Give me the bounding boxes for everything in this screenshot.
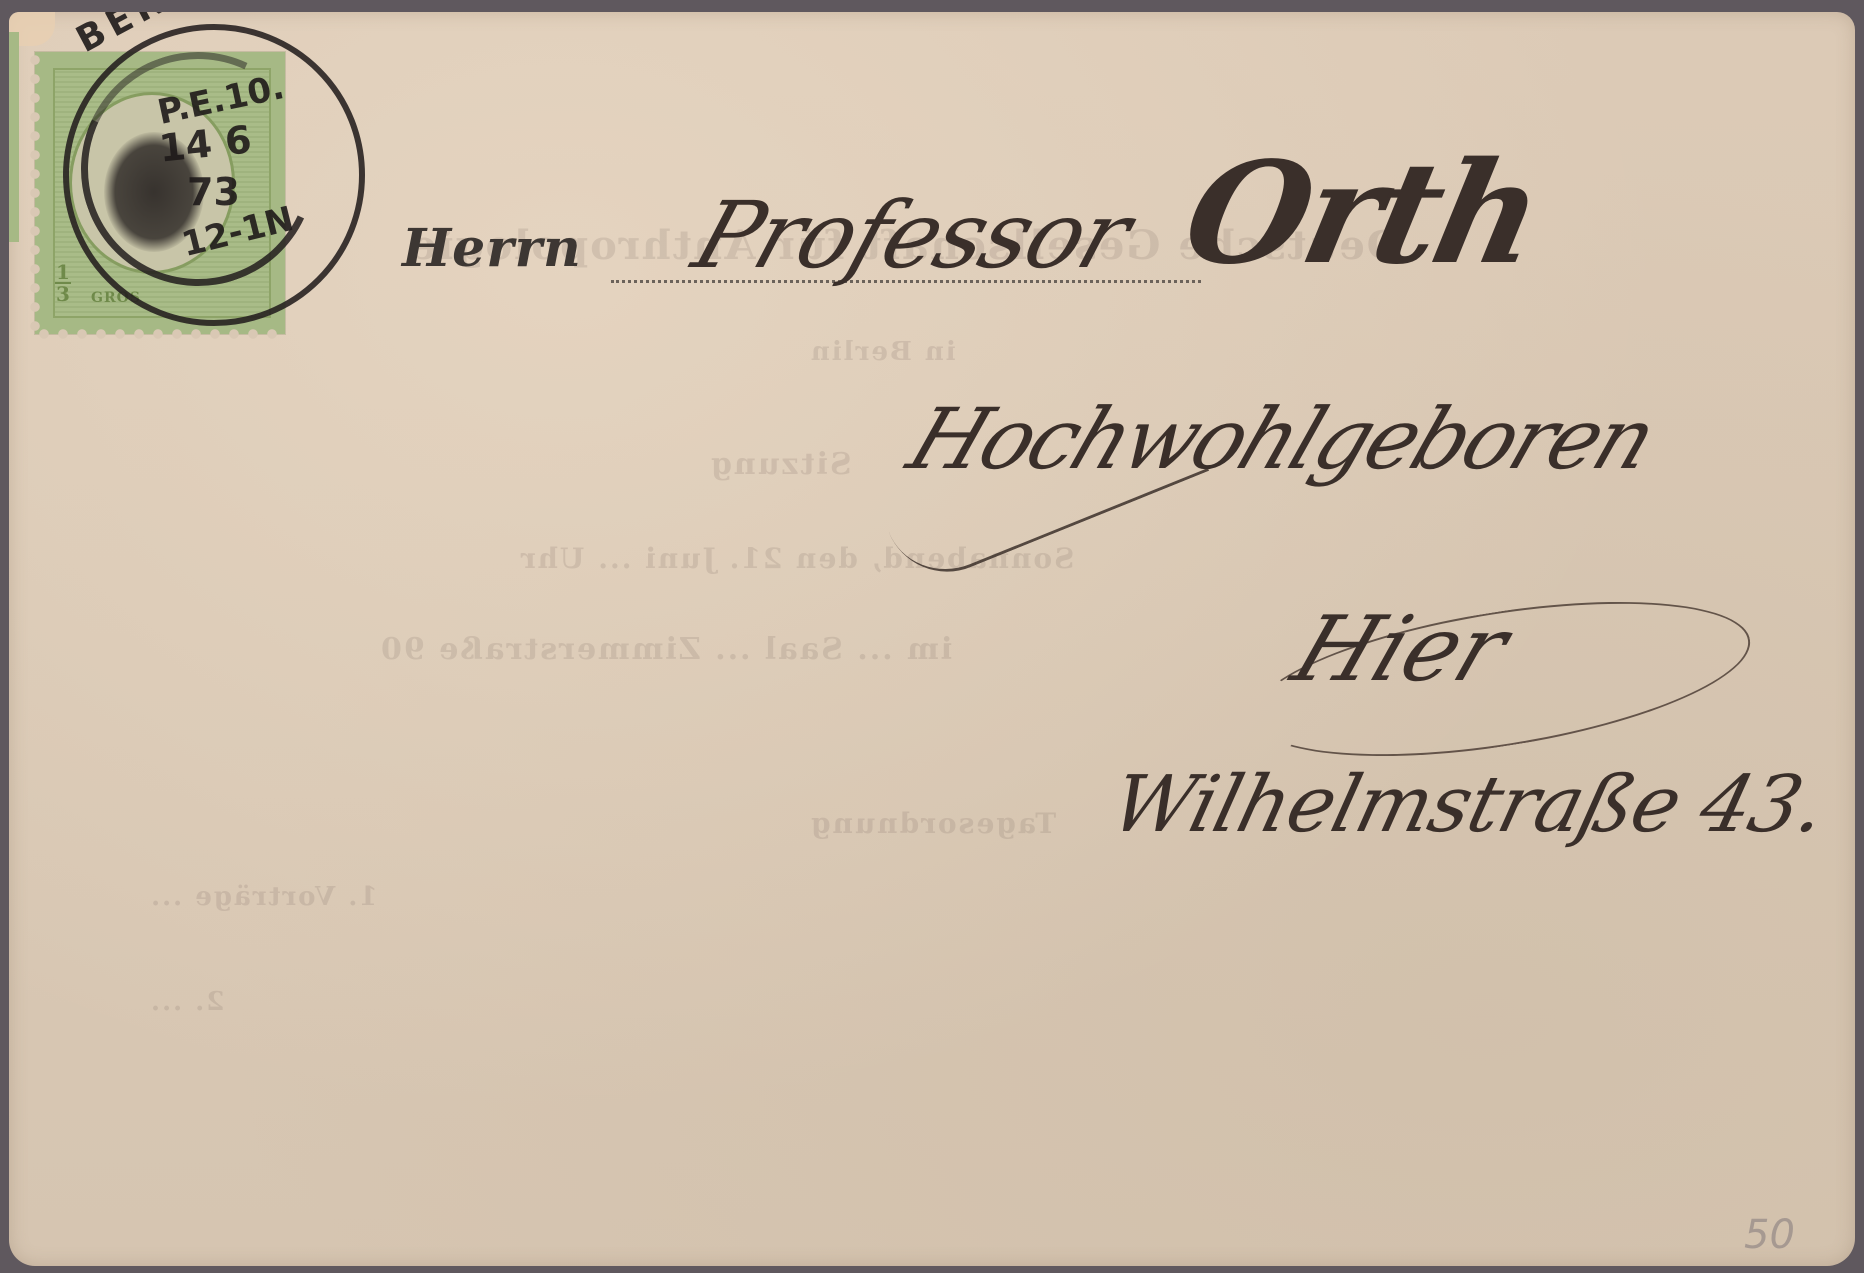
recipient-street: Wilhelmstraße 43. — [1103, 760, 1835, 850]
postmark-year: 73 — [187, 170, 240, 214]
postcard: Deutsche Gesellschaft für Anthropologie … — [9, 12, 1855, 1266]
printed-salutation: Herrn — [402, 218, 582, 279]
show-through-line: Sitzung — [709, 447, 852, 482]
stamp-perforation — [35, 326, 285, 342]
stamp-denominator: 3 — [56, 282, 70, 306]
recipient-title: Professor — [682, 182, 1142, 289]
show-through-line: in Berlin — [809, 337, 956, 367]
stamp-perforation — [27, 52, 43, 334]
show-through-line: im ... Saal ... Zimmerstraße 90 — [379, 632, 952, 667]
recipient-name: Orth — [1172, 132, 1553, 296]
adjacent-stamp-fragment — [9, 32, 19, 242]
show-through-line: 1. Vorträge ... — [149, 882, 378, 912]
pencil-price-note: 50 — [1744, 1212, 1795, 1258]
recipient-honorific: Hochwohlgeboren — [896, 390, 1667, 488]
stamp-denomination: 1 3 — [55, 264, 71, 302]
recipient-city: Hier — [1280, 597, 1522, 702]
show-through-line: Tagesordnung — [809, 807, 1056, 840]
stamp-numerator: 1 — [56, 260, 70, 284]
show-through-line: 2. ... — [149, 987, 224, 1017]
